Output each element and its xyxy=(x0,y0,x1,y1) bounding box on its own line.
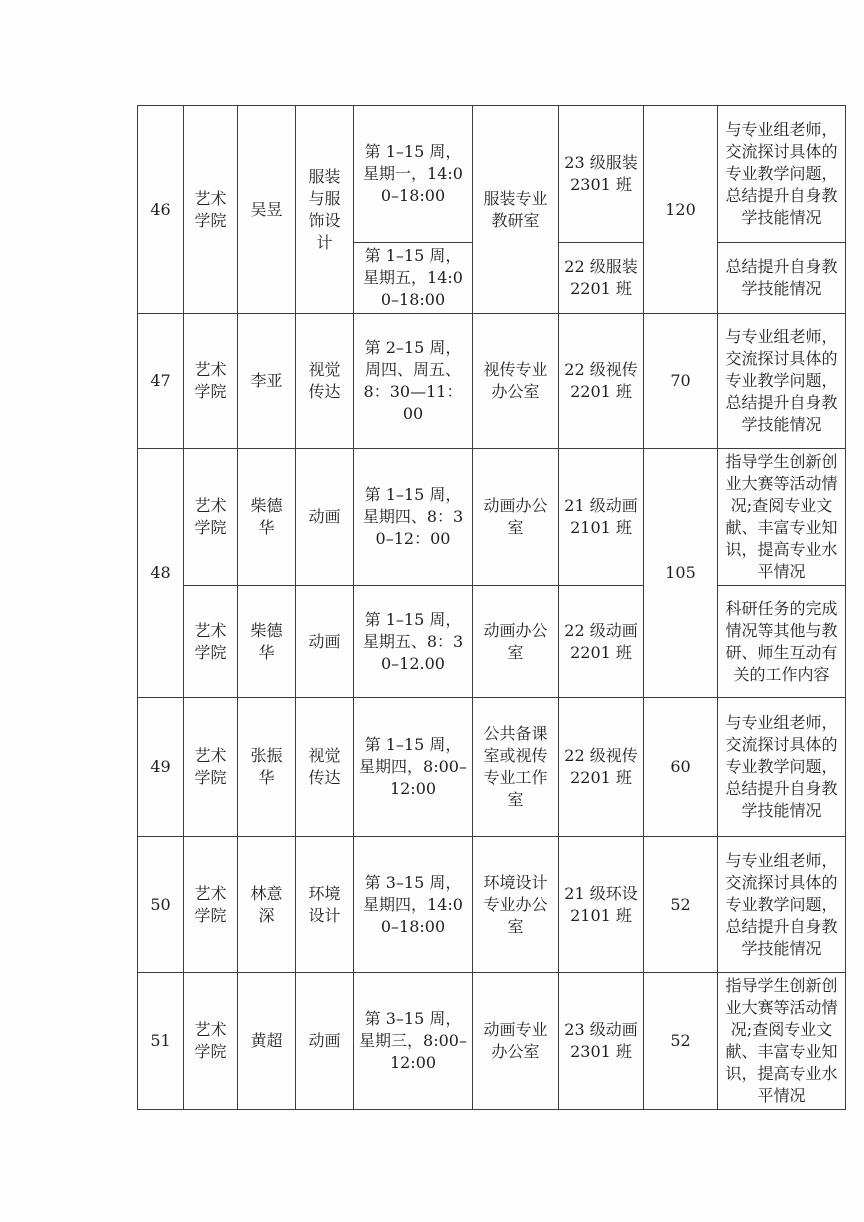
cell-teacher-name: 吴昱 xyxy=(238,106,296,314)
cell-schedule: 第 1–15 周，星期五，14:00–18:00 xyxy=(354,243,473,314)
cell-teacher-name: 张振华 xyxy=(238,698,296,837)
cell-teacher-name: 李亚 xyxy=(238,314,296,449)
cell-no: 48 xyxy=(138,449,184,698)
cell-remark: 科研任务的完成情况等其他与教研、师生互动有关的工作内容 xyxy=(718,586,846,698)
cell-location: 动画办公室 xyxy=(473,586,559,698)
schedule-table: 46 艺术学院 吴昱 服装与服饰设计 第 1–15 周，星期一，14:00–18… xyxy=(137,105,846,1110)
cell-major: 服装与服饰设计 xyxy=(296,106,354,314)
cell-location: 视传专业办公室 xyxy=(473,314,559,449)
cell-class: 21 级环设 2101 班 xyxy=(559,837,644,973)
cell-schedule: 第 1–15 周，星期四，8:00–12:00 xyxy=(354,698,473,837)
table-row: 48 艺术学院 柴德华 动画 第 1–15 周，星期四、8：30–12：00 动… xyxy=(138,449,846,586)
cell-hours: 52 xyxy=(644,973,718,1110)
cell-remark: 指导学生创新创业大赛等活动情况;查阅专业文献、丰富专业知识，提高专业水平情况 xyxy=(718,973,846,1110)
cell-teacher-name: 柴德华 xyxy=(238,586,296,698)
cell-location: 公共备课室或视传专业工作室 xyxy=(473,698,559,837)
cell-college: 艺术学院 xyxy=(184,586,238,698)
table-row: 47 艺术学院 李亚 视觉传达 第 2–15 周，周四、周五、8：30—11：0… xyxy=(138,314,846,449)
cell-college: 艺术学院 xyxy=(184,106,238,314)
cell-teacher-name: 黄超 xyxy=(238,973,296,1110)
cell-no: 47 xyxy=(138,314,184,449)
cell-class: 21 级动画 2101 班 xyxy=(559,449,644,586)
cell-class: 22 级视传 2201 班 xyxy=(559,314,644,449)
cell-teacher-name: 柴德华 xyxy=(238,449,296,586)
cell-college: 艺术学院 xyxy=(184,449,238,586)
table-row: 46 艺术学院 吴昱 服装与服饰设计 第 1–15 周，星期一，14:00–18… xyxy=(138,106,846,243)
cell-location: 动画办公室 xyxy=(473,449,559,586)
table-row: 51 艺术学院 黄超 动画 第 3–15 周，星期三，8:00–12:00 动画… xyxy=(138,973,846,1110)
cell-no: 49 xyxy=(138,698,184,837)
table-row: 50 艺术学院 林意深 环境设计 第 3–15 周，星期四，14:00–18:0… xyxy=(138,837,846,973)
cell-class: 22 级视传 2201 班 xyxy=(559,698,644,837)
cell-hours: 120 xyxy=(644,106,718,314)
cell-remark: 与专业组老师，交流探讨具体的专业教学问题，总结提升自身教学技能情况 xyxy=(718,837,846,973)
cell-college: 艺术学院 xyxy=(184,698,238,837)
cell-schedule: 第 3–15 周，星期三，8:00–12:00 xyxy=(354,973,473,1110)
cell-hours: 60 xyxy=(644,698,718,837)
cell-schedule: 第 1–15 周，星期五、8：30–12.00 xyxy=(354,586,473,698)
table-row: 艺术学院 柴德华 动画 第 1–15 周，星期五、8：30–12.00 动画办公… xyxy=(138,586,846,698)
cell-college: 艺术学院 xyxy=(184,973,238,1110)
cell-remark: 总结提升自身教学技能情况 xyxy=(718,243,846,314)
cell-major: 视觉传达 xyxy=(296,314,354,449)
cell-remark: 与专业组老师，交流探讨具体的专业教学问题，总结提升自身教学技能情况 xyxy=(718,106,846,243)
document-page: 46 艺术学院 吴昱 服装与服饰设计 第 1–15 周，星期一，14:00–18… xyxy=(0,0,864,1222)
cell-schedule: 第 3–15 周，星期四，14:00–18:00 xyxy=(354,837,473,973)
cell-hours: 105 xyxy=(644,449,718,698)
cell-no: 46 xyxy=(138,106,184,314)
cell-class: 23 级服装 2301 班 xyxy=(559,106,644,243)
cell-class: 22 级服装 2201 班 xyxy=(559,243,644,314)
cell-major: 动画 xyxy=(296,449,354,586)
cell-location: 服装专业教研室 xyxy=(473,106,559,314)
cell-no: 51 xyxy=(138,973,184,1110)
cell-schedule: 第 1–15 周，星期一，14:00–18:00 xyxy=(354,106,473,243)
cell-schedule: 第 1–15 周，星期四、8：30–12：00 xyxy=(354,449,473,586)
cell-major: 动画 xyxy=(296,586,354,698)
cell-remark: 与专业组老师，交流探讨具体的专业教学问题，总结提升自身教学技能情况 xyxy=(718,314,846,449)
cell-major: 环境设计 xyxy=(296,837,354,973)
cell-class: 22 级动画 2201 班 xyxy=(559,586,644,698)
cell-teacher-name: 林意深 xyxy=(238,837,296,973)
cell-major: 视觉传达 xyxy=(296,698,354,837)
cell-location: 动画专业办公室 xyxy=(473,973,559,1110)
cell-college: 艺术学院 xyxy=(184,837,238,973)
table-row: 49 艺术学院 张振华 视觉传达 第 1–15 周，星期四，8:00–12:00… xyxy=(138,698,846,837)
cell-no: 50 xyxy=(138,837,184,973)
cell-schedule: 第 2–15 周，周四、周五、8：30—11：00 xyxy=(354,314,473,449)
cell-hours: 52 xyxy=(644,837,718,973)
cell-class: 23 级动画 2301 班 xyxy=(559,973,644,1110)
cell-remark: 指导学生创新创业大赛等活动情况;查阅专业文献、丰富专业知识，提高专业水平情况 xyxy=(718,449,846,586)
cell-remark: 与专业组老师，交流探讨具体的专业教学问题，总结提升自身教学技能情况 xyxy=(718,698,846,837)
cell-hours: 70 xyxy=(644,314,718,449)
cell-location: 环境设计专业办公室 xyxy=(473,837,559,973)
cell-major: 动画 xyxy=(296,973,354,1110)
cell-college: 艺术学院 xyxy=(184,314,238,449)
